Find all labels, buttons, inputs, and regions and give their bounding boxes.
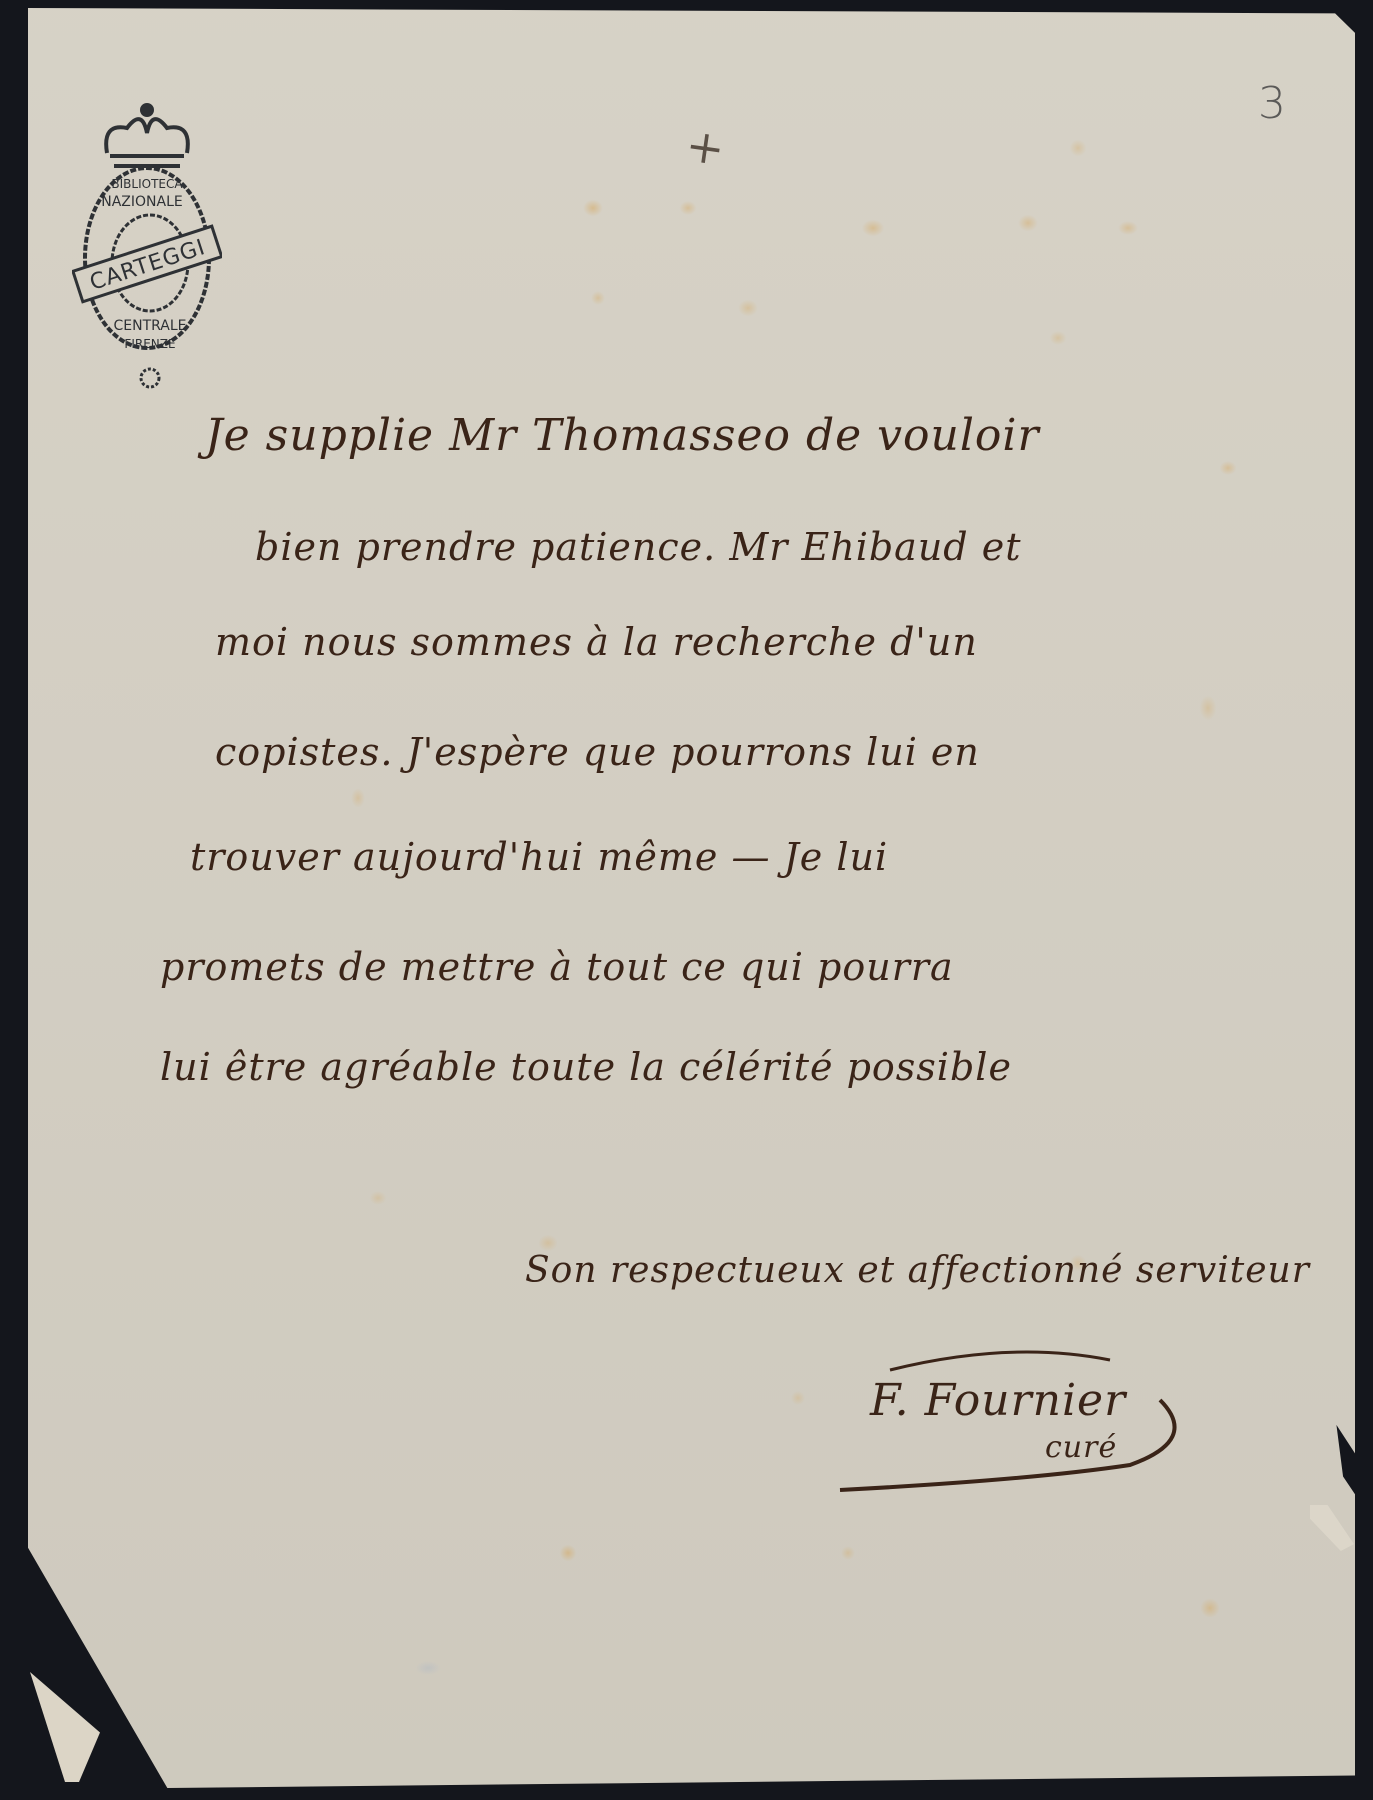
signature-flourish-icon [830,1330,1210,1500]
letter-body: Je supplie Mr Thomasseo de vouloir bien … [0,0,1373,1800]
body-line-3: moi nous sommes à la recherche d'un [215,620,978,664]
body-line-7: lui être agréable toute la célérité poss… [160,1045,1012,1089]
body-line-2: bien prendre patience. Mr Ehibaud et [255,525,1021,569]
body-line-4: copistes. J'espère que pourrons lui en [215,730,980,774]
closing-line: Son respectueux et affectionné serviteur [525,1250,1310,1291]
body-line-5: trouver aujourd'hui même — Je lui [190,835,888,879]
body-line-1: Je supplie Mr Thomasseo de vouloir [205,410,1040,461]
body-line-6: promets de mettre à tout ce qui pourra [160,945,954,989]
